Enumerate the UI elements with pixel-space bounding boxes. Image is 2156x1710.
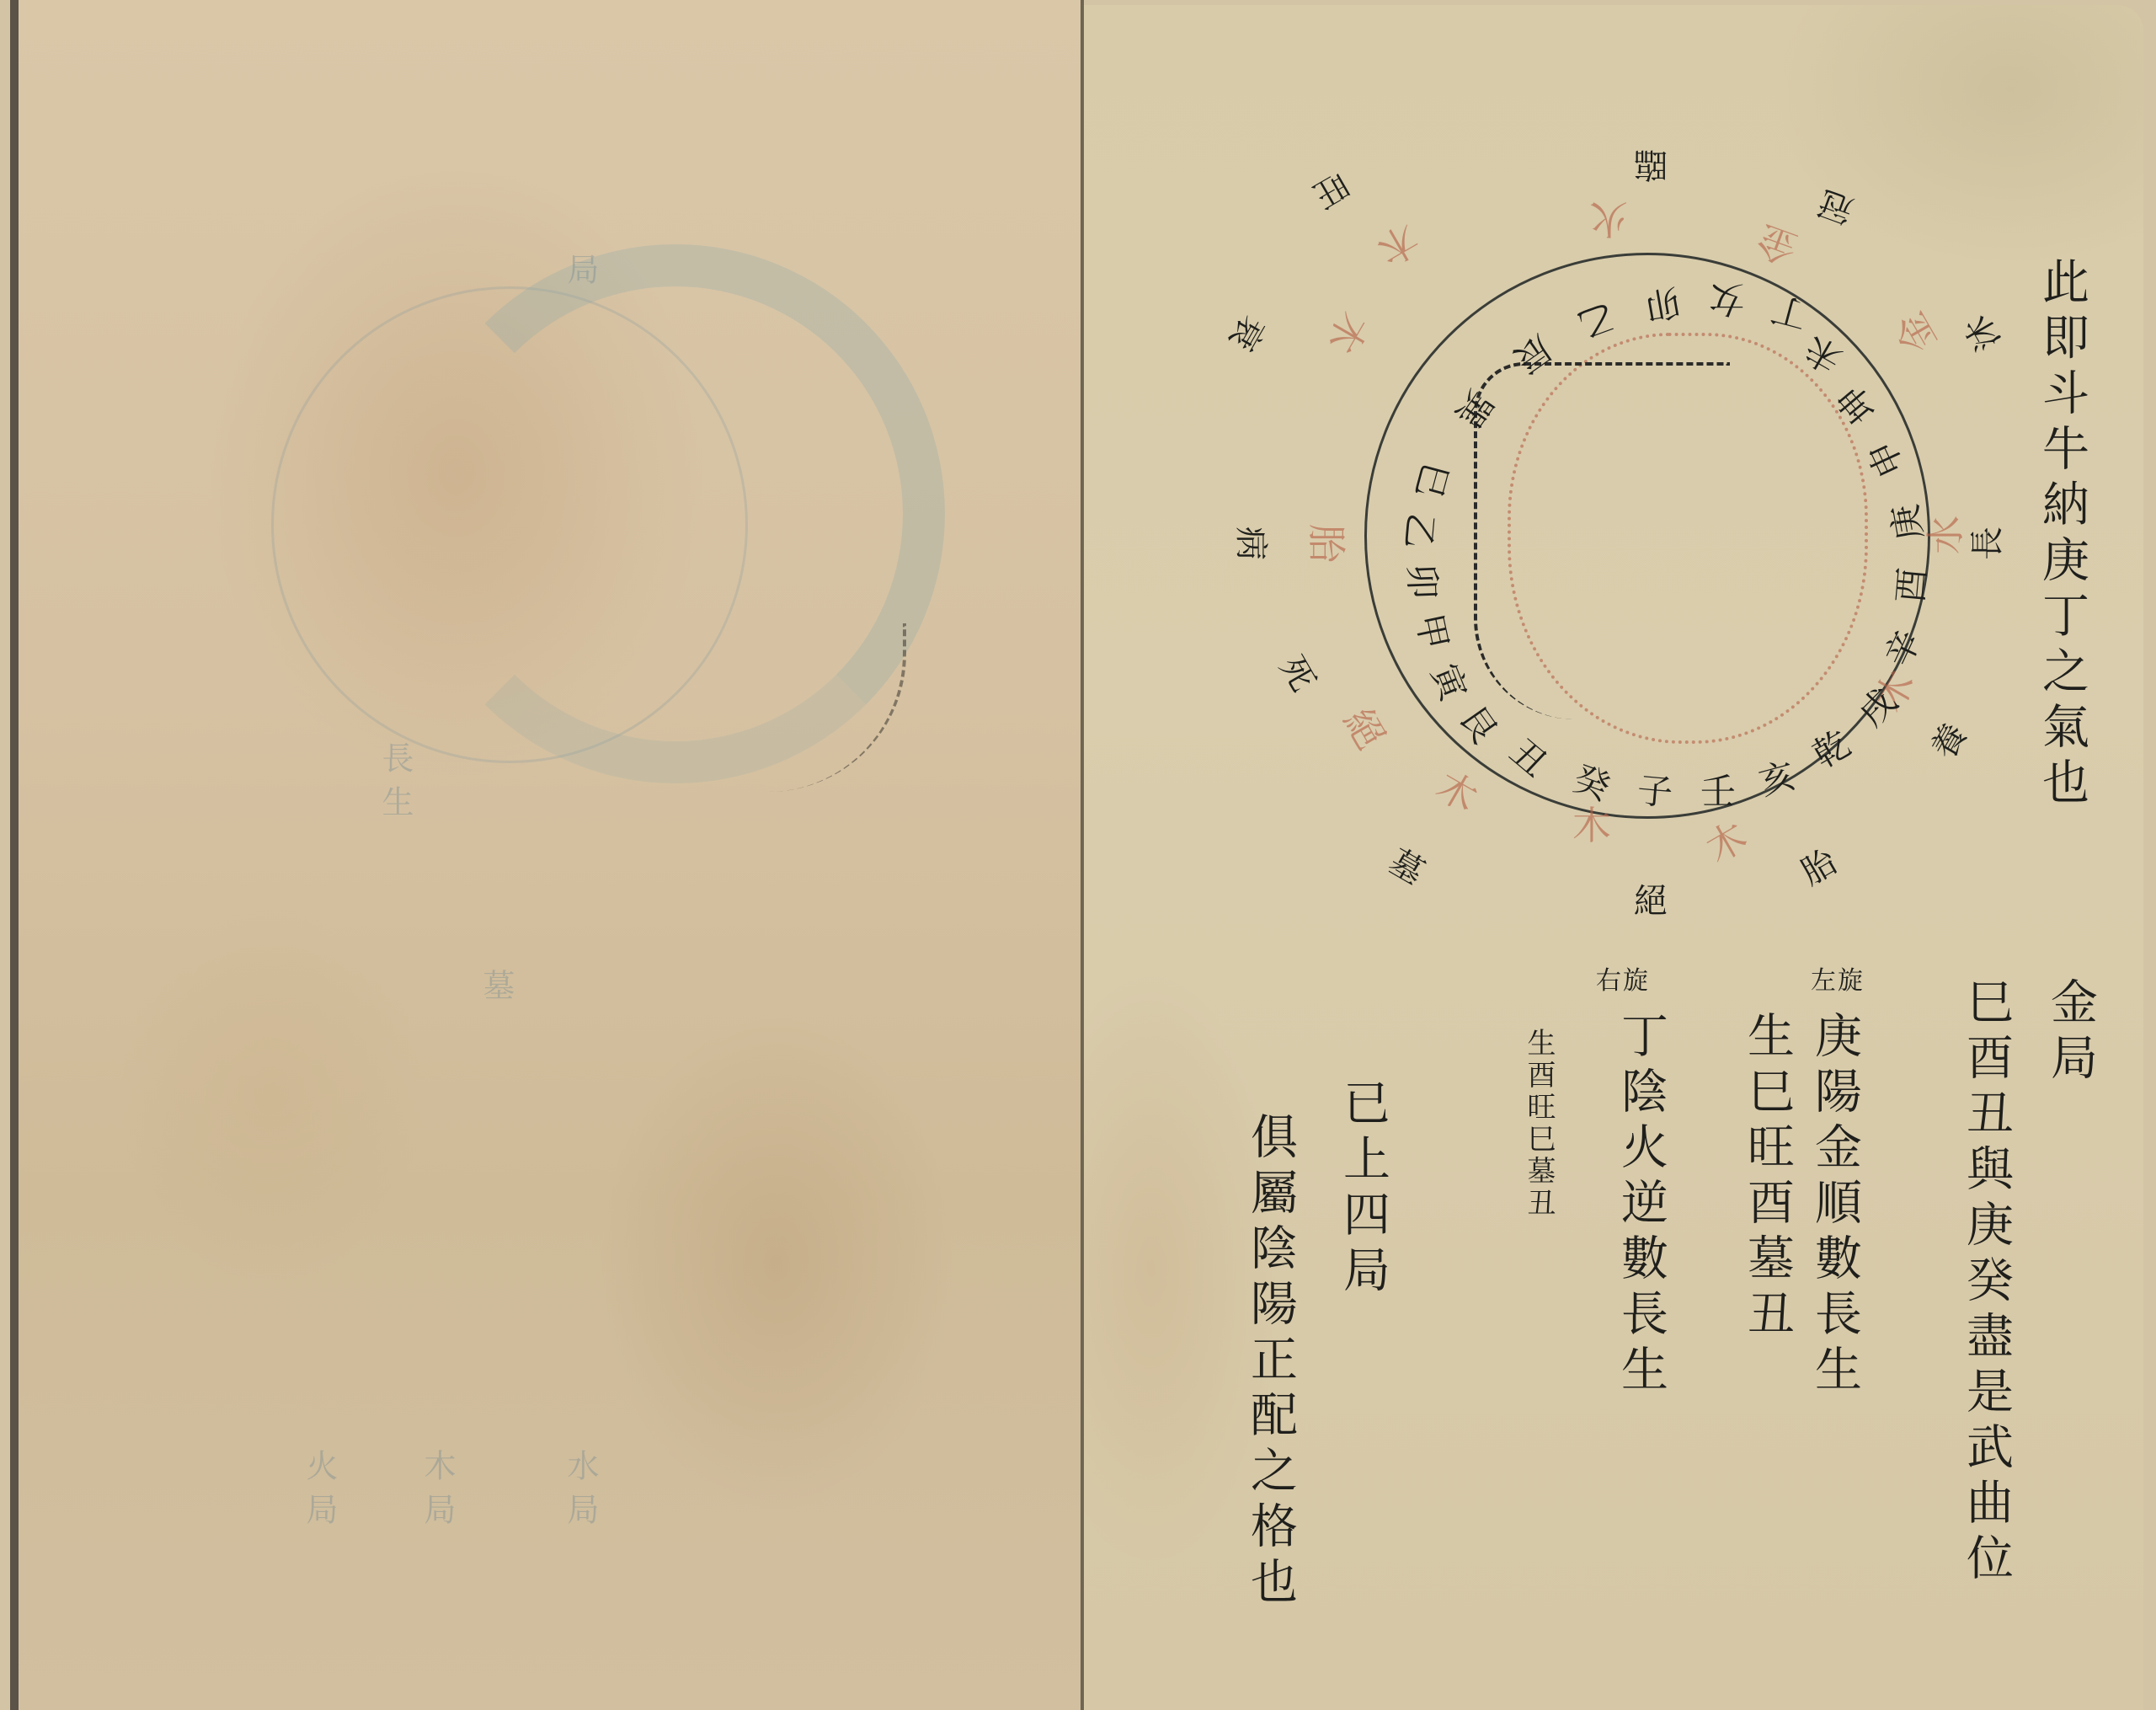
bleed-through-text: 長生 <box>372 741 419 829</box>
ding-yin-fire-line: 丁陰火逆數長生 <box>1617 1011 1664 1400</box>
left-page: 局 長生 墓 火局 木局 水局 <box>10 0 1082 1710</box>
stem-branch-label: 酉 <box>1888 562 1935 609</box>
red-element-label: 木 <box>1427 761 1486 821</box>
growth-stage-label: 絕 <box>1629 879 1673 923</box>
stem-branch-label: 庚 <box>1882 497 1933 548</box>
growth-stage-label: 長 <box>1966 521 2009 565</box>
bleed-through-text: 火局 <box>296 1449 343 1536</box>
stem-branch-label: 女 <box>1705 277 1748 321</box>
stem-branch-label: 卯 <box>1638 278 1689 329</box>
heading-metal-bureau: 金局 <box>2047 977 2094 1088</box>
manuscript-scan: 局 長生 墓 火局 木局 水局 火金金水木木木木絕胎木木丁女卯乙辰巽巳乙卯甲寅艮… <box>0 0 2156 1710</box>
ding-detail-line: 生酉旺巳墓丑 <box>1524 1028 1553 1220</box>
twelve-stages-circle-diagram: 火金金水木木木木絕胎木木丁女卯乙辰巽巳乙卯甲寅艮丑癸子壬亥乾戌辛酉庚申坤未臨冠沐… <box>1364 253 1929 817</box>
stem-branch-label: 卯 <box>1399 558 1444 604</box>
black-dashed-inner-path <box>1474 362 1730 719</box>
growth-stage-label: 臨 <box>1629 142 1673 186</box>
stem-branch-label: 子 <box>1631 768 1678 815</box>
red-element-label: 胎 <box>1305 521 1348 565</box>
red-element-label: 火 <box>1587 197 1630 241</box>
stem-branch-label: 甲 <box>1406 606 1458 658</box>
left-rotation-annotation: 左旋 <box>1811 969 1865 994</box>
bleed-through-text: 墓 <box>473 969 520 1013</box>
geng-yang-metal-line: 庚陽金順數長生 <box>1811 1011 1858 1400</box>
bleed-through-text: 水局 <box>558 1449 604 1536</box>
geng-detail-line: 生巳旺酉墓丑 <box>1743 1011 1790 1344</box>
growth-stage-label: 病 <box>1229 521 1273 565</box>
summary-four-bureaus: 已上四局 <box>1339 1078 1386 1301</box>
red-element-label: 木 <box>1570 804 1614 847</box>
title-note-column: 此即斗牛納庚丁之氣也 <box>2038 257 2085 813</box>
right-rotation-annotation: 右旋 <box>1596 969 1650 994</box>
bleed-through-text: 木局 <box>414 1449 461 1536</box>
metal-bureau-line: 巳酉丑與庚癸盡是武曲位 <box>1962 977 2009 1589</box>
bleed-through-text: 局 <box>558 253 604 297</box>
bleed-through-dotted-arc <box>768 623 906 792</box>
stem-branch-label: 壬 <box>1696 770 1740 814</box>
summary-yin-yang-pairing: 俱屬陰陽正配之格也 <box>1246 1112 1294 1612</box>
stem-branch-label: 乙 <box>1396 507 1443 554</box>
